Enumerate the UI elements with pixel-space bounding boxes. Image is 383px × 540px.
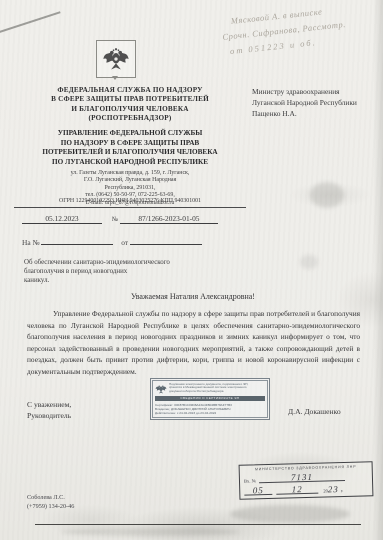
executor-contact: Соболева Л.С. (+7959) 134-20-46 xyxy=(27,494,74,511)
incoming-number-field: 7131 xyxy=(259,472,345,483)
coat-of-arms-frame-point xyxy=(112,76,118,80)
esignature-header-text: Подлинник электронного документа, подпис… xyxy=(169,383,248,395)
certificate-band: СВЕДЕНИЯ О СЕРТИФИКАТЕ ЭП xyxy=(155,396,265,401)
handwritten-incoming-number: 7131 xyxy=(291,472,313,483)
signoff-title: Руководитель xyxy=(27,410,71,421)
org-line: ФЕДЕРАЛЬНАЯ СЛУЖБА ПО НАДЗОРУ xyxy=(18,86,242,95)
greeting: Уважаемая Наталия Александровна! xyxy=(27,292,359,301)
handwritten-month: 12 xyxy=(292,484,303,494)
incoming-stamp-header: МИНИСТЕРСТВО ЗДРАВООХРАНЕНИЯ ЛНР xyxy=(244,464,368,471)
signoff-closing: С уважением, xyxy=(27,399,71,410)
org-line: (РОСПОТРЕБНАДЗОР) xyxy=(18,114,242,123)
coat-of-arms-frame xyxy=(96,40,136,78)
handwritten-resolution-note: Мясковой А. в выписке Срочн. Сифранова, … xyxy=(230,0,383,59)
letterhead-department-name: УПРАВЛЕНИЕ ФЕДЕРАЛЬНОЙ СЛУЖБЫ ПО НАДЗОРУ… xyxy=(18,129,242,167)
letterhead-registration-numbers: ОГРН 1229400102293 ИНН 9403025276 КПП 94… xyxy=(14,198,246,208)
stamp-eagle-icon xyxy=(155,383,167,395)
scan-smudge xyxy=(310,182,344,208)
subject-block: Об обеспечении санитарно-эпидемиологичес… xyxy=(24,258,234,286)
incoming-day-field: 05 xyxy=(244,486,272,496)
org-line: И БЛАГОПОЛУЧИЯ ЧЕЛОВЕКА xyxy=(18,105,242,114)
incoming-number-label: Вх. № xyxy=(244,478,256,483)
scanned-letter-page: Мясковой А. в выписке Срочн. Сифранова, … xyxy=(0,0,383,540)
reply-reference-row: На № от xyxy=(22,238,252,247)
body-paragraph: Управление Федеральной службы по надзору… xyxy=(27,308,360,378)
signatory-name: Д.А. Докашенко xyxy=(288,407,341,416)
reply-date-blank xyxy=(130,244,202,245)
scan-edge-shadow xyxy=(373,0,383,540)
dept-line: ПОТРЕБИТЕЛЕЙ И БЛАГОПОЛУЧИЯ ЧЕЛОВЕКА xyxy=(18,148,242,158)
addressee-block: Министру здравоохранения Луганской Народ… xyxy=(252,86,382,119)
reply-from-label: от xyxy=(121,238,128,247)
year-suffix: г. xyxy=(341,488,344,493)
subject-line: благополучия в период новогодних xyxy=(24,267,234,276)
org-line: В СФЕРЕ ЗАЩИТЫ ПРАВ ПОТРЕБИТЕЛЕЙ xyxy=(18,95,242,104)
esignature-stamp: Подлинник электронного документа, подпис… xyxy=(150,378,270,420)
dept-line: ПО ЛУГАНСКОЙ НАРОДНОЙ РЕСПУБЛИКЕ xyxy=(18,158,242,168)
addressee-line: Луганской Народной Республики xyxy=(252,97,382,108)
scan-smudge xyxy=(230,505,350,523)
letterhead-org-name: ФЕДЕРАЛЬНАЯ СЛУЖБА ПО НАДЗОРУ В СФЕРЕ ЗА… xyxy=(18,86,242,124)
signoff-block: С уважением, Руководитель xyxy=(27,399,71,421)
incoming-number-row: Вх. № 7131 xyxy=(244,471,368,483)
subject-line: Об обеспечении санитарно-эпидемиологичес… xyxy=(24,258,234,267)
handwritten-year: 23 xyxy=(328,485,339,493)
reply-label: На № xyxy=(22,238,40,247)
addressee-line: Пащенко Н.А. xyxy=(252,108,382,119)
corner-fold-mark xyxy=(0,11,61,35)
scan-smudge xyxy=(300,255,318,269)
executor-name: Соболева Л.С. xyxy=(27,494,74,503)
incoming-registration-stamp: МИНИСТЕРСТВО ЗДРАВООХРАНЕНИЯ ЛНР Вх. № 7… xyxy=(239,461,374,499)
handwritten-day: 05 xyxy=(253,485,264,495)
executor-phone: (+7959) 134-20-46 xyxy=(27,503,74,512)
number-sign: № xyxy=(112,216,118,223)
letter-date: 05.12.2023 xyxy=(22,214,102,224)
certificate-details: Сертификат: 00F87B1C09D8A23A4FB04BB78AF7… xyxy=(155,403,265,416)
certificate-validity: Действителен: с 24-04-2023 до 23-04-2024 xyxy=(155,411,265,415)
dept-line: ПО НАДЗОРУ В СФЕРЕ ЗАЩИТЫ ПРАВ xyxy=(18,139,242,149)
address-line: Г.О. Луганский, Луганская Народная xyxy=(18,177,242,184)
subject-line: каникул. xyxy=(24,276,234,285)
incoming-date-row: 05 12 2023 г. xyxy=(244,483,368,495)
reply-number-blank xyxy=(41,244,113,245)
scan-smudge xyxy=(60,528,240,536)
esignature-stamp-inner: Подлинник электронного документа, подпис… xyxy=(152,380,268,418)
dept-line: УПРАВЛЕНИЕ ФЕДЕРАЛЬНОЙ СЛУЖБЫ xyxy=(18,129,242,139)
letter-number: 87/1266-2023-01-05 xyxy=(120,214,218,224)
esign-header-line: документооборота Роспотребнадзора xyxy=(169,390,248,394)
incoming-month-field: 12 xyxy=(276,485,318,495)
scan-artifact-line xyxy=(35,524,361,525)
addressee-line: Министру здравоохранения xyxy=(252,86,382,97)
reference-row: 05.12.2023 № 87/1266-2023-01-05 xyxy=(22,214,246,224)
double-headed-eagle-icon xyxy=(102,45,130,73)
